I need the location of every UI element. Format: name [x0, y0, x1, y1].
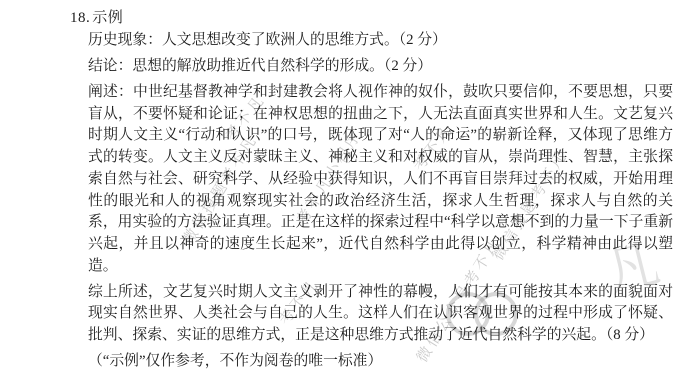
item-header: 18.示例 [70, 6, 123, 27]
paragraph-historical-phenomenon: 历史现象：人文思想改变了欧洲人的思维方式。（2 分） [88, 30, 673, 52]
item-title: 示例 [92, 10, 123, 26]
paragraph-summary: 综上所述，文艺复兴时期人文主义剥开了神性的幕幔，人们才有可能按其本来的面貌面对现… [88, 282, 673, 347]
paragraph-conclusion: 结论：思想的解放助推近代自然科学的形成。（2 分） [88, 56, 673, 78]
item-number: 18. [70, 10, 90, 26]
answer-sheet-page: 考不凡 微信搜题考不凡 考不凡小程序 考不凡 微信搜题考不凡 考不凡 微信公众号… [0, 0, 699, 379]
paragraph-grading-note: （“示例”仅作参考，不作为阅卷的唯一标准） [88, 351, 673, 373]
answer-body: 历史现象：人文思想改变了欧洲人的思维方式。（2 分） 结论：思想的解放助推近代自… [88, 30, 673, 377]
paragraph-elaboration: 阐述：中世纪基督教神学和封建教会将人视作神的奴仆，鼓吹只要信仰，不要思想，只要盲… [88, 82, 673, 277]
